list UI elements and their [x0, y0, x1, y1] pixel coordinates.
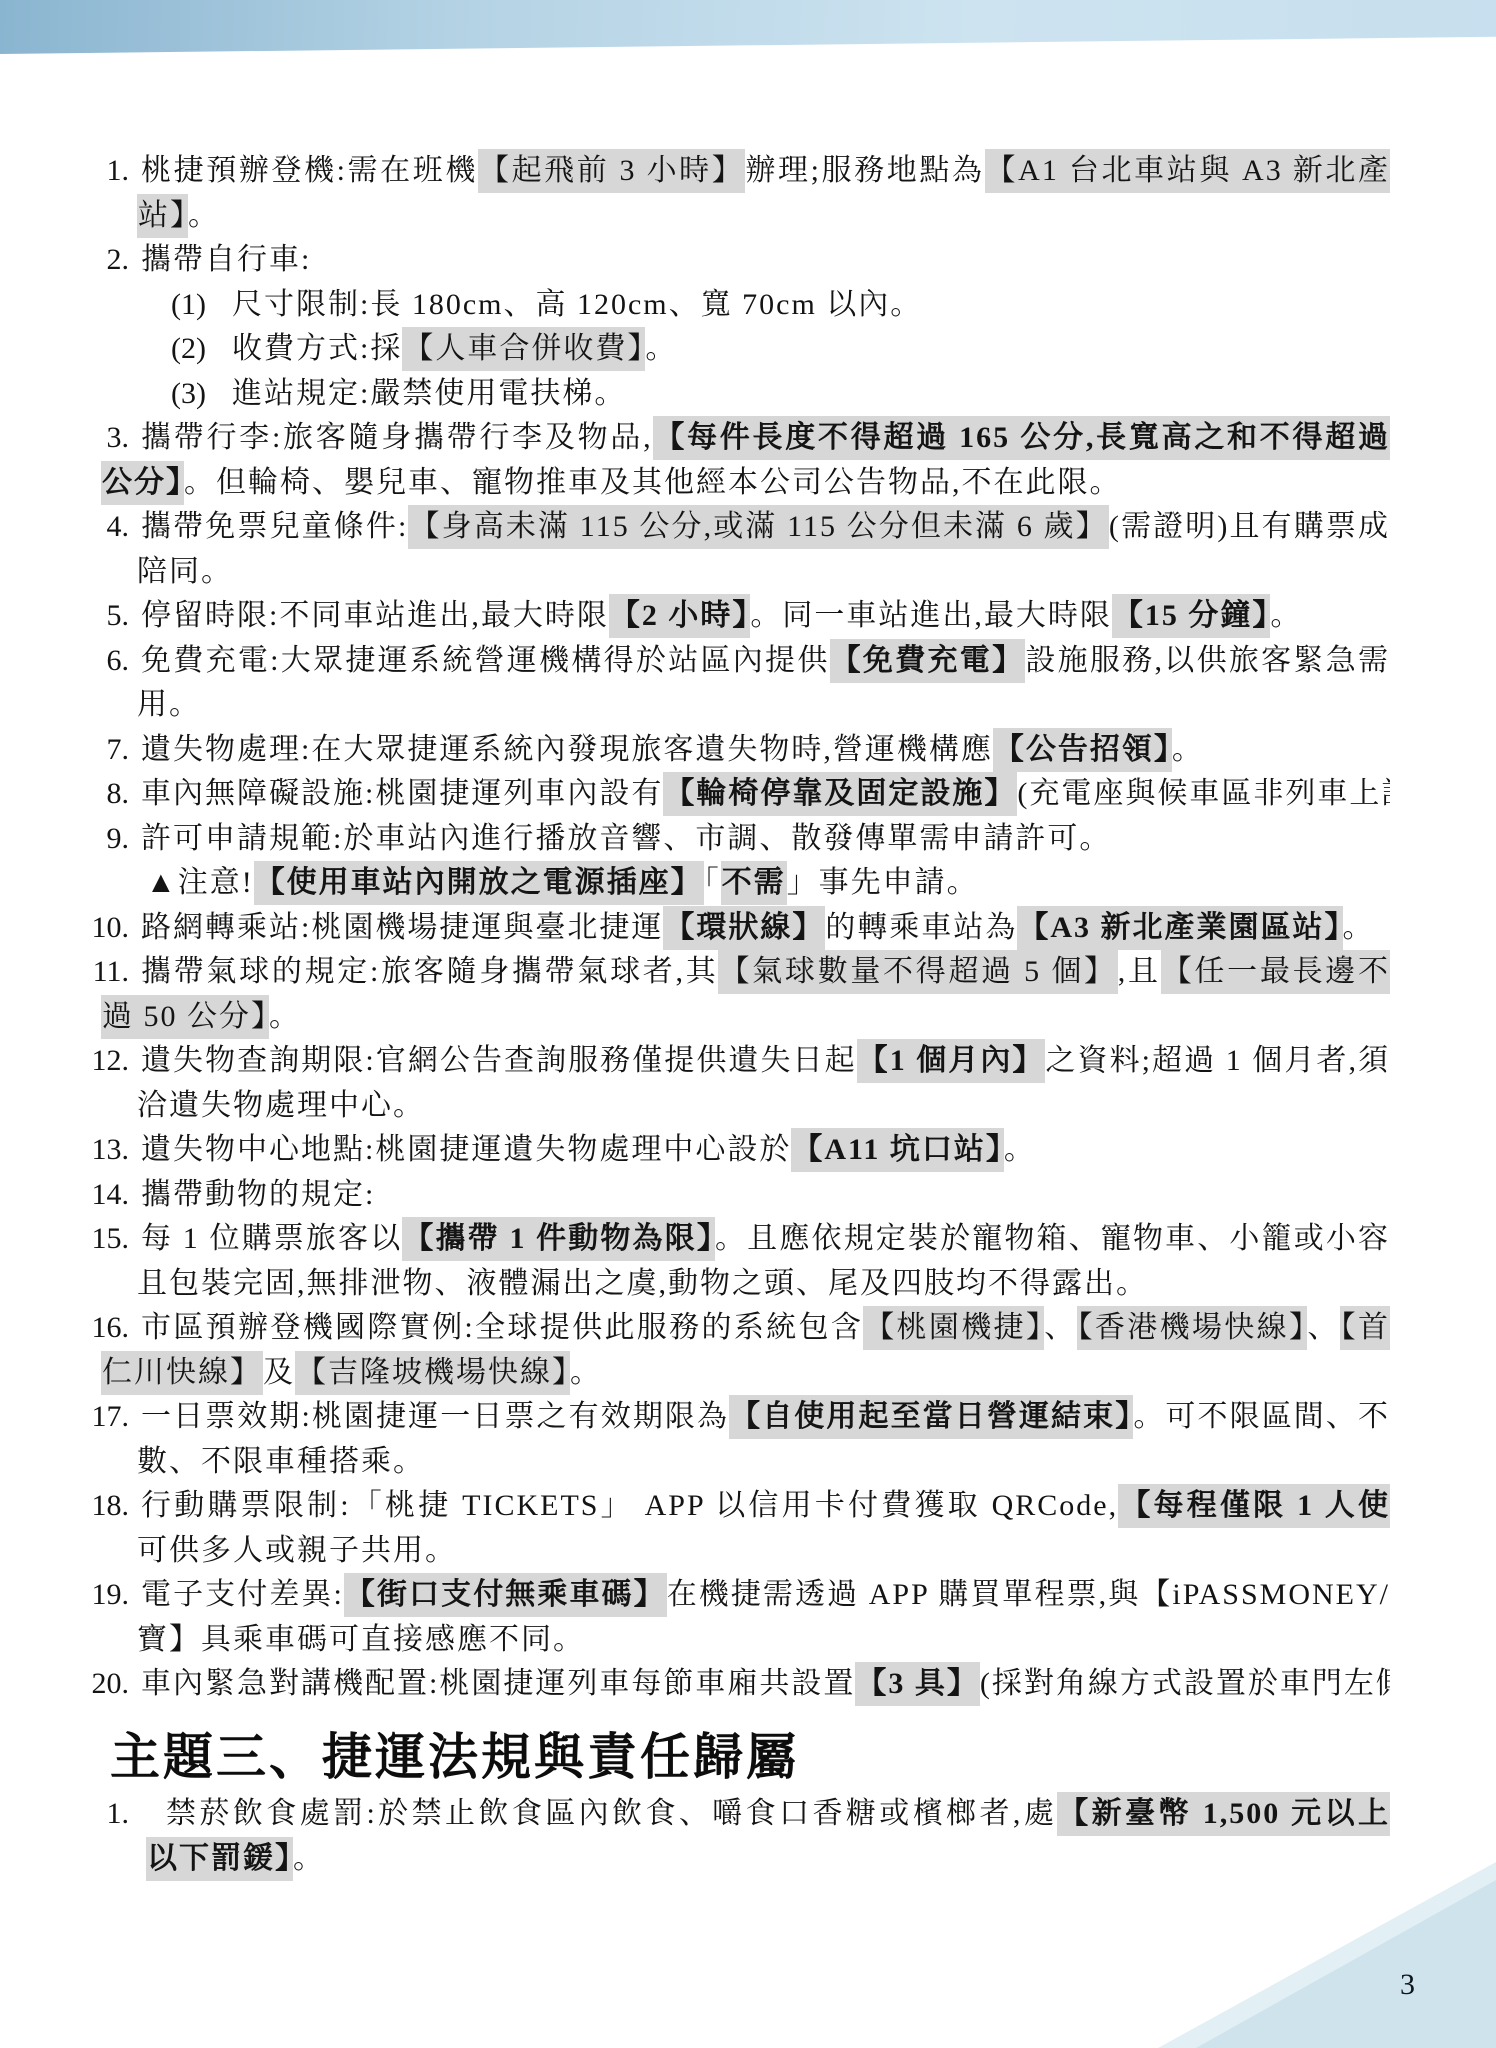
list-number: (2) [0, 327, 206, 372]
document-page: { "page": { "number": "3" }, "colors": {… [0, 0, 1496, 2048]
highlighted-text-run: 【街口支付無乘車碼】 [344, 1573, 667, 1617]
highlighted-text-run: 【人車合併收費】 [402, 327, 645, 371]
highlighted-text-run: 【吉隆坡機場快線】 [295, 1351, 570, 1395]
list-line: 2.攜帶自行車: [0, 238, 1390, 283]
list-line: 公分】。但輪椅、嬰兒車、寵物推車及其他經本公司公告物品,不在此限。 [0, 461, 1390, 506]
text-run: 電子支付差異: [141, 1578, 344, 1611]
text-run: 。 [645, 332, 677, 365]
list-line: 1.桃捷預辦登機:需在班機【起飛前 3 小時】辦理;服務地點為【A1 台北車站與… [0, 149, 1390, 194]
line-text: ▲注意!【使用車站內開放之電源插座】「不需」事先申請。 [146, 861, 1390, 906]
text-run: 。 [293, 1842, 325, 1875]
text-run: 禁菸飲食處罰:於禁止飲食區內飲食、嚼食口香糖或檳榔者,處 [166, 1797, 1057, 1830]
list-line: 5.停留時限:不同車站進出,最大時限【2 小時】。同一車站進出,最大時限【15 … [0, 594, 1390, 639]
text-run: 。 [1270, 599, 1302, 632]
text-run: 尺寸限制:長 180cm、高 120cm、寬 70cm 以內。 [232, 288, 922, 321]
line-text: 攜帶動物的規定: [141, 1173, 1390, 1218]
text-run: 市區預辦登機國際實例:全球提供此服務的系統包含 [141, 1311, 863, 1344]
line-text: 一日票效期:桃園捷運一日票之有效期限為【自使用起至當日營運結束】。可不限區間、不… [141, 1395, 1390, 1440]
highlighted-text-run: 【輪椅停靠及固定設施】 [663, 772, 1017, 816]
highlighted-text-run: 【免費充電】 [830, 639, 1026, 683]
list-number: 8. [0, 772, 129, 817]
text-run: 數、不限車種搭乘。 [137, 1445, 425, 1478]
line-text: 公分】。但輪椅、嬰兒車、寵物推車及其他經本公司公告物品,不在此限。 [101, 461, 1390, 506]
list-number: 15. [0, 1217, 129, 1262]
line-text: 站】。 [137, 194, 1390, 239]
line-text: 遺失物處理:在大眾捷運系統內發現旅客遺失物時,營運機構應【公告招領】。 [141, 728, 1390, 773]
line-text: 市區預辦登機國際實例:全球提供此服務的系統包含【桃園機捷】、【香港機場快線】、【… [141, 1306, 1390, 1351]
list-line: 陪同。 [0, 550, 1390, 595]
text-run: 。 [1172, 733, 1204, 766]
line-text: 寶】具乘車碼可直接感應不同。 [137, 1618, 1390, 1663]
text-run: (採對角線方式設置於車門左側)。 [980, 1667, 1390, 1700]
list-number: (1) [0, 283, 206, 328]
list-line: 過 50 公分】。 [0, 995, 1390, 1040]
text-run: 攜帶行李:旅客隨身攜帶行李及物品, [141, 421, 653, 454]
list-line: 1.禁菸飲食處罰:於禁止飲食區內飲食、嚼食口香糖或檳榔者,處【新臺幣 1,500… [0, 1792, 1390, 1837]
line-text: 桃捷預辦登機:需在班機【起飛前 3 小時】辦理;服務地點為【A1 台北車站與 A… [141, 149, 1390, 194]
highlighted-text-run: 仁川快線】 [101, 1351, 263, 1395]
highlighted-text-run: 【公告招領】 [993, 728, 1172, 772]
line-text: 遺失物中心地點:桃園捷運遺失物處理中心設於【A11 坑口站】。 [141, 1128, 1390, 1173]
text-run: 用。 [137, 688, 201, 721]
text-run: 許可申請規範:於車站內進行播放音響、市調、散發傳單需申請許可。 [141, 822, 1111, 855]
list-line: 6.免費充電:大眾捷運系統營運機構得於站區內提供【免費充電】設施服務,以供旅客緊… [0, 639, 1390, 684]
text-run: 的轉乘車站為 [825, 911, 1017, 944]
list-number: 20. [0, 1662, 129, 1707]
text-run: 。 [1004, 1133, 1036, 1166]
list-number: 10. [0, 906, 129, 951]
highlighted-text-run: 【1 個月內】 [857, 1039, 1046, 1083]
text-run: 洽遺失物處理中心。 [137, 1089, 425, 1122]
highlighted-text-run: 【自使用起至當日營運結束】 [729, 1395, 1133, 1439]
list-number: 3. [0, 416, 129, 461]
list-line: 19.電子支付差異:【街口支付無乘車碼】在機捷需透過 APP 購買單程票,與【i… [0, 1573, 1390, 1618]
highlighted-text-run: 公分】 [101, 461, 184, 505]
list-line: 且包裝完固,無排泄物、液體漏出之虞,動物之頭、尾及四肢均不得露出。 [0, 1262, 1390, 1307]
text-run: 。同一車站進出,最大時限 [750, 599, 1112, 632]
text-run: 停留時限:不同車站進出,最大時限 [141, 599, 609, 632]
list-line: 9.許可申請規範:於車站內進行播放音響、市調、散發傳單需申請許可。 [0, 817, 1390, 862]
line-text: 收費方式:採【人車合併收費】。 [232, 327, 1390, 372]
list-line: 17.一日票效期:桃園捷運一日票之有效期限為【自使用起至當日營運結束】。可不限區… [0, 1395, 1390, 1440]
text-run: 遺失物中心地點:桃園捷運遺失物處理中心設於 [141, 1133, 791, 1166]
text-run: 辦理;服務地點為 [745, 154, 984, 187]
line-text: 過 50 公分】。 [101, 995, 1390, 1040]
list-line: (1)尺寸限制:長 180cm、高 120cm、寬 70cm 以內。 [0, 283, 1390, 328]
list-line: (3)進站規定:嚴禁使用電扶梯。 [0, 372, 1390, 417]
highlighted-text-run: 站】 [137, 194, 188, 238]
text-run: 攜帶動物的規定: [141, 1178, 375, 1211]
text-run: 。 [570, 1356, 602, 1389]
text-run: 路網轉乘站:桃園機場捷運與臺北捷運 [141, 911, 663, 944]
text-run: 可供多人或親子共用。 [137, 1534, 457, 1567]
list-line: 10.路網轉乘站:桃園機場捷運與臺北捷運【環狀線】的轉乘車站為【A3 新北產業園… [0, 906, 1390, 951]
text-run: 遺失物查詢期限:官網公告查詢服務僅提供遺失日起 [141, 1044, 857, 1077]
list-line: 13.遺失物中心地點:桃園捷運遺失物處理中心設於【A11 坑口站】。 [0, 1128, 1390, 1173]
list-line: 16.市區預辦登機國際實例:全球提供此服務的系統包含【桃園機捷】、【香港機場快線… [0, 1306, 1390, 1351]
text-run: 且包裝完固,無排泄物、液體漏出之虞,動物之頭、尾及四肢均不得露出。 [137, 1267, 1148, 1300]
section-heading: 主題三、捷運法規與責任歸屬 [110, 1726, 799, 1788]
line-text: 每 1 位購票旅客以【攜帶 1 件動物為限】。且應依規定裝於寵物箱、寵物車、小籠… [141, 1217, 1390, 1262]
text-run: 陪同。 [137, 555, 233, 588]
text-run: 遺失物處理:在大眾捷運系統內發現旅客遺失物時,營運機構應 [141, 733, 993, 766]
highlighted-text-run: 不需 [721, 861, 787, 905]
text-run: 「 [704, 866, 721, 899]
text-run: 車內無障礙設施:桃園捷運列車內設有 [141, 777, 663, 810]
highlighted-text-run: 【攜帶 1 件動物為限】 [402, 1217, 715, 1261]
page-number: 3 [1400, 1968, 1415, 2002]
line-text: 仁川快線】及【吉隆坡機場快線】。 [101, 1351, 1390, 1396]
text-run: 桃捷預辦登機:需在班機 [141, 154, 478, 187]
line-text: 用。 [137, 683, 1390, 728]
list-number: 2. [0, 238, 129, 283]
list-line: 4.攜帶免票兒童條件:【身高未滿 115 公分,或滿 115 公分但未滿 6 歲… [0, 505, 1390, 550]
text-run: 免費充電:大眾捷運系統營運機構得於站區內提供 [141, 644, 830, 677]
highlighted-text-run: 【A11 坑口站】 [791, 1128, 1004, 1172]
line-text: 路網轉乘站:桃園機場捷運與臺北捷運【環狀線】的轉乘車站為【A3 新北產業園區站】… [141, 906, 1390, 951]
line-text: 洽遺失物處理中心。 [137, 1084, 1390, 1129]
highlighted-text-run: 【15 分鐘】 [1112, 594, 1271, 638]
text-run: ,且 [1118, 955, 1161, 988]
list-line: 12.遺失物查詢期限:官網公告查詢服務僅提供遺失日起【1 個月內】之資料;超過 … [0, 1039, 1390, 1084]
text-run: 車內緊急對講機配置:桃園捷運列車每節車廂共設置 [141, 1667, 855, 1700]
line-text: 陪同。 [137, 550, 1390, 595]
list-line: 可供多人或親子共用。 [0, 1529, 1390, 1574]
list-line: 數、不限車種搭乘。 [0, 1440, 1390, 1485]
list-line: (2)收費方式:採【人車合併收費】。 [0, 327, 1390, 372]
list-number: 14. [0, 1173, 129, 1218]
list-line: 洽遺失物處理中心。 [0, 1084, 1390, 1129]
list-line: 18.行動購票限制:「桃捷 TICKETS」 APP 以信用卡付費獲取 QRCo… [0, 1484, 1390, 1529]
list-number: 6. [0, 639, 129, 684]
list-line: 20.車內緊急對講機配置:桃園捷運列車每節車廂共設置【3 具】(採對角線方式設置… [0, 1662, 1390, 1707]
line-text: 電子支付差異:【街口支付無乘車碼】在機捷需透過 APP 購買單程票,與【iPAS… [141, 1573, 1390, 1618]
list-line: 仁川快線】及【吉隆坡機場快線】。 [0, 1351, 1390, 1396]
highlighted-text-run: 【A3 新北產業園區站】 [1017, 906, 1342, 950]
line-text: 尺寸限制:長 180cm、高 120cm、寬 70cm 以內。 [232, 283, 1390, 328]
list-line: 7.遺失物處理:在大眾捷運系統內發現旅客遺失物時,營運機構應【公告招領】。 [0, 728, 1390, 773]
list-number: 12. [0, 1039, 129, 1084]
line-text: 行動購票限制:「桃捷 TICKETS」 APP 以信用卡付費獲取 QRCode,… [141, 1484, 1390, 1529]
list-number: 19. [0, 1573, 129, 1618]
list-number: 5. [0, 594, 129, 639]
list-number: 13. [0, 1128, 129, 1173]
text-run: 」事先申請。 [787, 866, 979, 899]
text-run: 進站規定:嚴禁使用電扶梯。 [232, 377, 626, 410]
list-line: 以下罰鍰】。 [0, 1837, 1390, 1882]
text-run: ▲注意! [146, 866, 254, 899]
highlighted-text-run: 【3 具】 [855, 1662, 980, 1706]
list-line: 站】。 [0, 194, 1390, 239]
highlighted-text-run: 【氣球數量不得超過 5 個】 [718, 950, 1117, 994]
line-text: 進站規定:嚴禁使用電扶梯。 [232, 372, 1390, 417]
line-text: 攜帶免票兒童條件:【身高未滿 115 公分,或滿 115 公分但未滿 6 歲】(… [141, 505, 1390, 550]
highlighted-text-run: 以下罰鍰】 [146, 1837, 293, 1881]
list-number: 1. [0, 149, 129, 194]
text-run: 。 [188, 199, 220, 232]
list-line: 用。 [0, 683, 1390, 728]
list-number: 7. [0, 728, 129, 773]
list-line: 11.攜帶氣球的規定:旅客隨身攜帶氣球者,其【氣球數量不得超過 5 個】,且【任… [0, 950, 1390, 995]
line-text: 攜帶行李:旅客隨身攜帶行李及物品,【每件長度不得超過 165 公分,長寬高之和不… [141, 416, 1390, 461]
list-line: 寶】具乘車碼可直接感應不同。 [0, 1618, 1390, 1663]
list-line: 3.攜帶行李:旅客隨身攜帶行李及物品,【每件長度不得超過 165 公分,長寬高之… [0, 416, 1390, 461]
highlighted-text-run: 【桃園機捷】 [863, 1306, 1044, 1350]
line-text: 車內無障礙設施:桃園捷運列車內設有【輪椅停靠及固定設施】(充電座與候車區非列車上… [141, 772, 1390, 817]
text-run: (充電座與候車區非列車上設施)。 [1017, 777, 1390, 810]
list-number: 11. [0, 950, 129, 995]
highlighted-text-run: 過 50 公分】 [101, 995, 269, 1039]
list-line: 15.每 1 位購票旅客以【攜帶 1 件動物為限】。且應依規定裝於寵物箱、寵物車… [0, 1217, 1390, 1262]
list-line: 8.車內無障礙設施:桃園捷運列車內設有【輪椅停靠及固定設施】(充電座與候車區非列… [0, 772, 1390, 817]
line-text: 攜帶氣球的規定:旅客隨身攜帶氣球者,其【氣球數量不得超過 5 個】,且【任一最長… [141, 950, 1390, 995]
text-run: 、 [1044, 1311, 1076, 1344]
text-run: 寶】具乘車碼可直接感應不同。 [137, 1623, 585, 1656]
list-number: 16. [0, 1306, 129, 1351]
highlighted-text-run: 【身高未滿 115 公分,或滿 115 公分但未滿 6 歲】 [408, 505, 1108, 549]
line-text: 可供多人或親子共用。 [137, 1529, 1390, 1574]
list-number: (3) [0, 372, 206, 417]
list-line: 14.攜帶動物的規定: [0, 1173, 1390, 1218]
line-text: 以下罰鍰】。 [146, 1837, 1390, 1882]
text-run: 攜帶免票兒童條件: [141, 510, 408, 543]
text-run: 。 [1343, 911, 1375, 944]
line-text: 車內緊急對講機配置:桃園捷運列車每節車廂共設置【3 具】(採對角線方式設置於車門… [141, 1662, 1390, 1707]
highlighted-text-run: 【香港機場快線】 [1077, 1306, 1308, 1350]
line-text: 許可申請規範:於車站內進行播放音響、市調、散發傳單需申請許可。 [141, 817, 1390, 862]
text-run: 及 [263, 1356, 295, 1389]
list-number: 18. [0, 1484, 129, 1529]
line-text: 禁菸飲食處罰:於禁止飲食區內飲食、嚼食口香糖或檳榔者,處【新臺幣 1,500 元… [166, 1792, 1390, 1837]
list-number: 1. [0, 1792, 129, 1837]
text-run: 每 1 位購票旅客以 [141, 1222, 402, 1255]
line-text: 且包裝完固,無排泄物、液體漏出之虞,動物之頭、尾及四肢均不得露出。 [137, 1262, 1390, 1307]
text-run: 攜帶氣球的規定:旅客隨身攜帶氣球者,其 [141, 955, 718, 988]
line-text: 停留時限:不同車站進出,最大時限【2 小時】。同一車站進出,最大時限【15 分鐘… [141, 594, 1390, 639]
list-number: 17. [0, 1395, 129, 1440]
list-line: ▲注意!【使用車站內開放之電源插座】「不需」事先申請。 [0, 861, 1390, 906]
line-text: 數、不限車種搭乘。 [137, 1440, 1390, 1485]
text-run: 攜帶自行車: [141, 243, 311, 276]
line-text: 攜帶自行車: [141, 238, 1390, 283]
highlighted-text-run: 【起飛前 3 小時】 [478, 149, 745, 193]
text-run: 。但輪椅、嬰兒車、寵物推車及其他經本公司公告物品,不在此限。 [184, 466, 1122, 499]
highlighted-text-run: 【使用車站內開放之電源插座】 [254, 861, 704, 905]
text-run: 行動購票限制:「桃捷 TICKETS」 APP 以信用卡付費獲取 QRCode, [141, 1489, 1118, 1522]
highlighted-text-run: 【環狀線】 [663, 906, 825, 950]
list-number: 4. [0, 505, 129, 550]
line-text: 遺失物查詢期限:官網公告查詢服務僅提供遺失日起【1 個月內】之資料;超過 1 個… [141, 1039, 1390, 1084]
text-run: 收費方式:採 [232, 332, 402, 365]
highlighted-text-run: 【2 小時】 [609, 594, 751, 638]
list-number: 9. [0, 817, 129, 862]
line-text: 免費充電:大眾捷運系統營運機構得於站區內提供【免費充電】設施服務,以供旅客緊急需… [141, 639, 1390, 684]
text-run: 一日票效期:桃園捷運一日票之有效期限為 [141, 1400, 729, 1433]
text-run: 、 [1307, 1311, 1339, 1344]
text-run: 。 [269, 1000, 301, 1033]
